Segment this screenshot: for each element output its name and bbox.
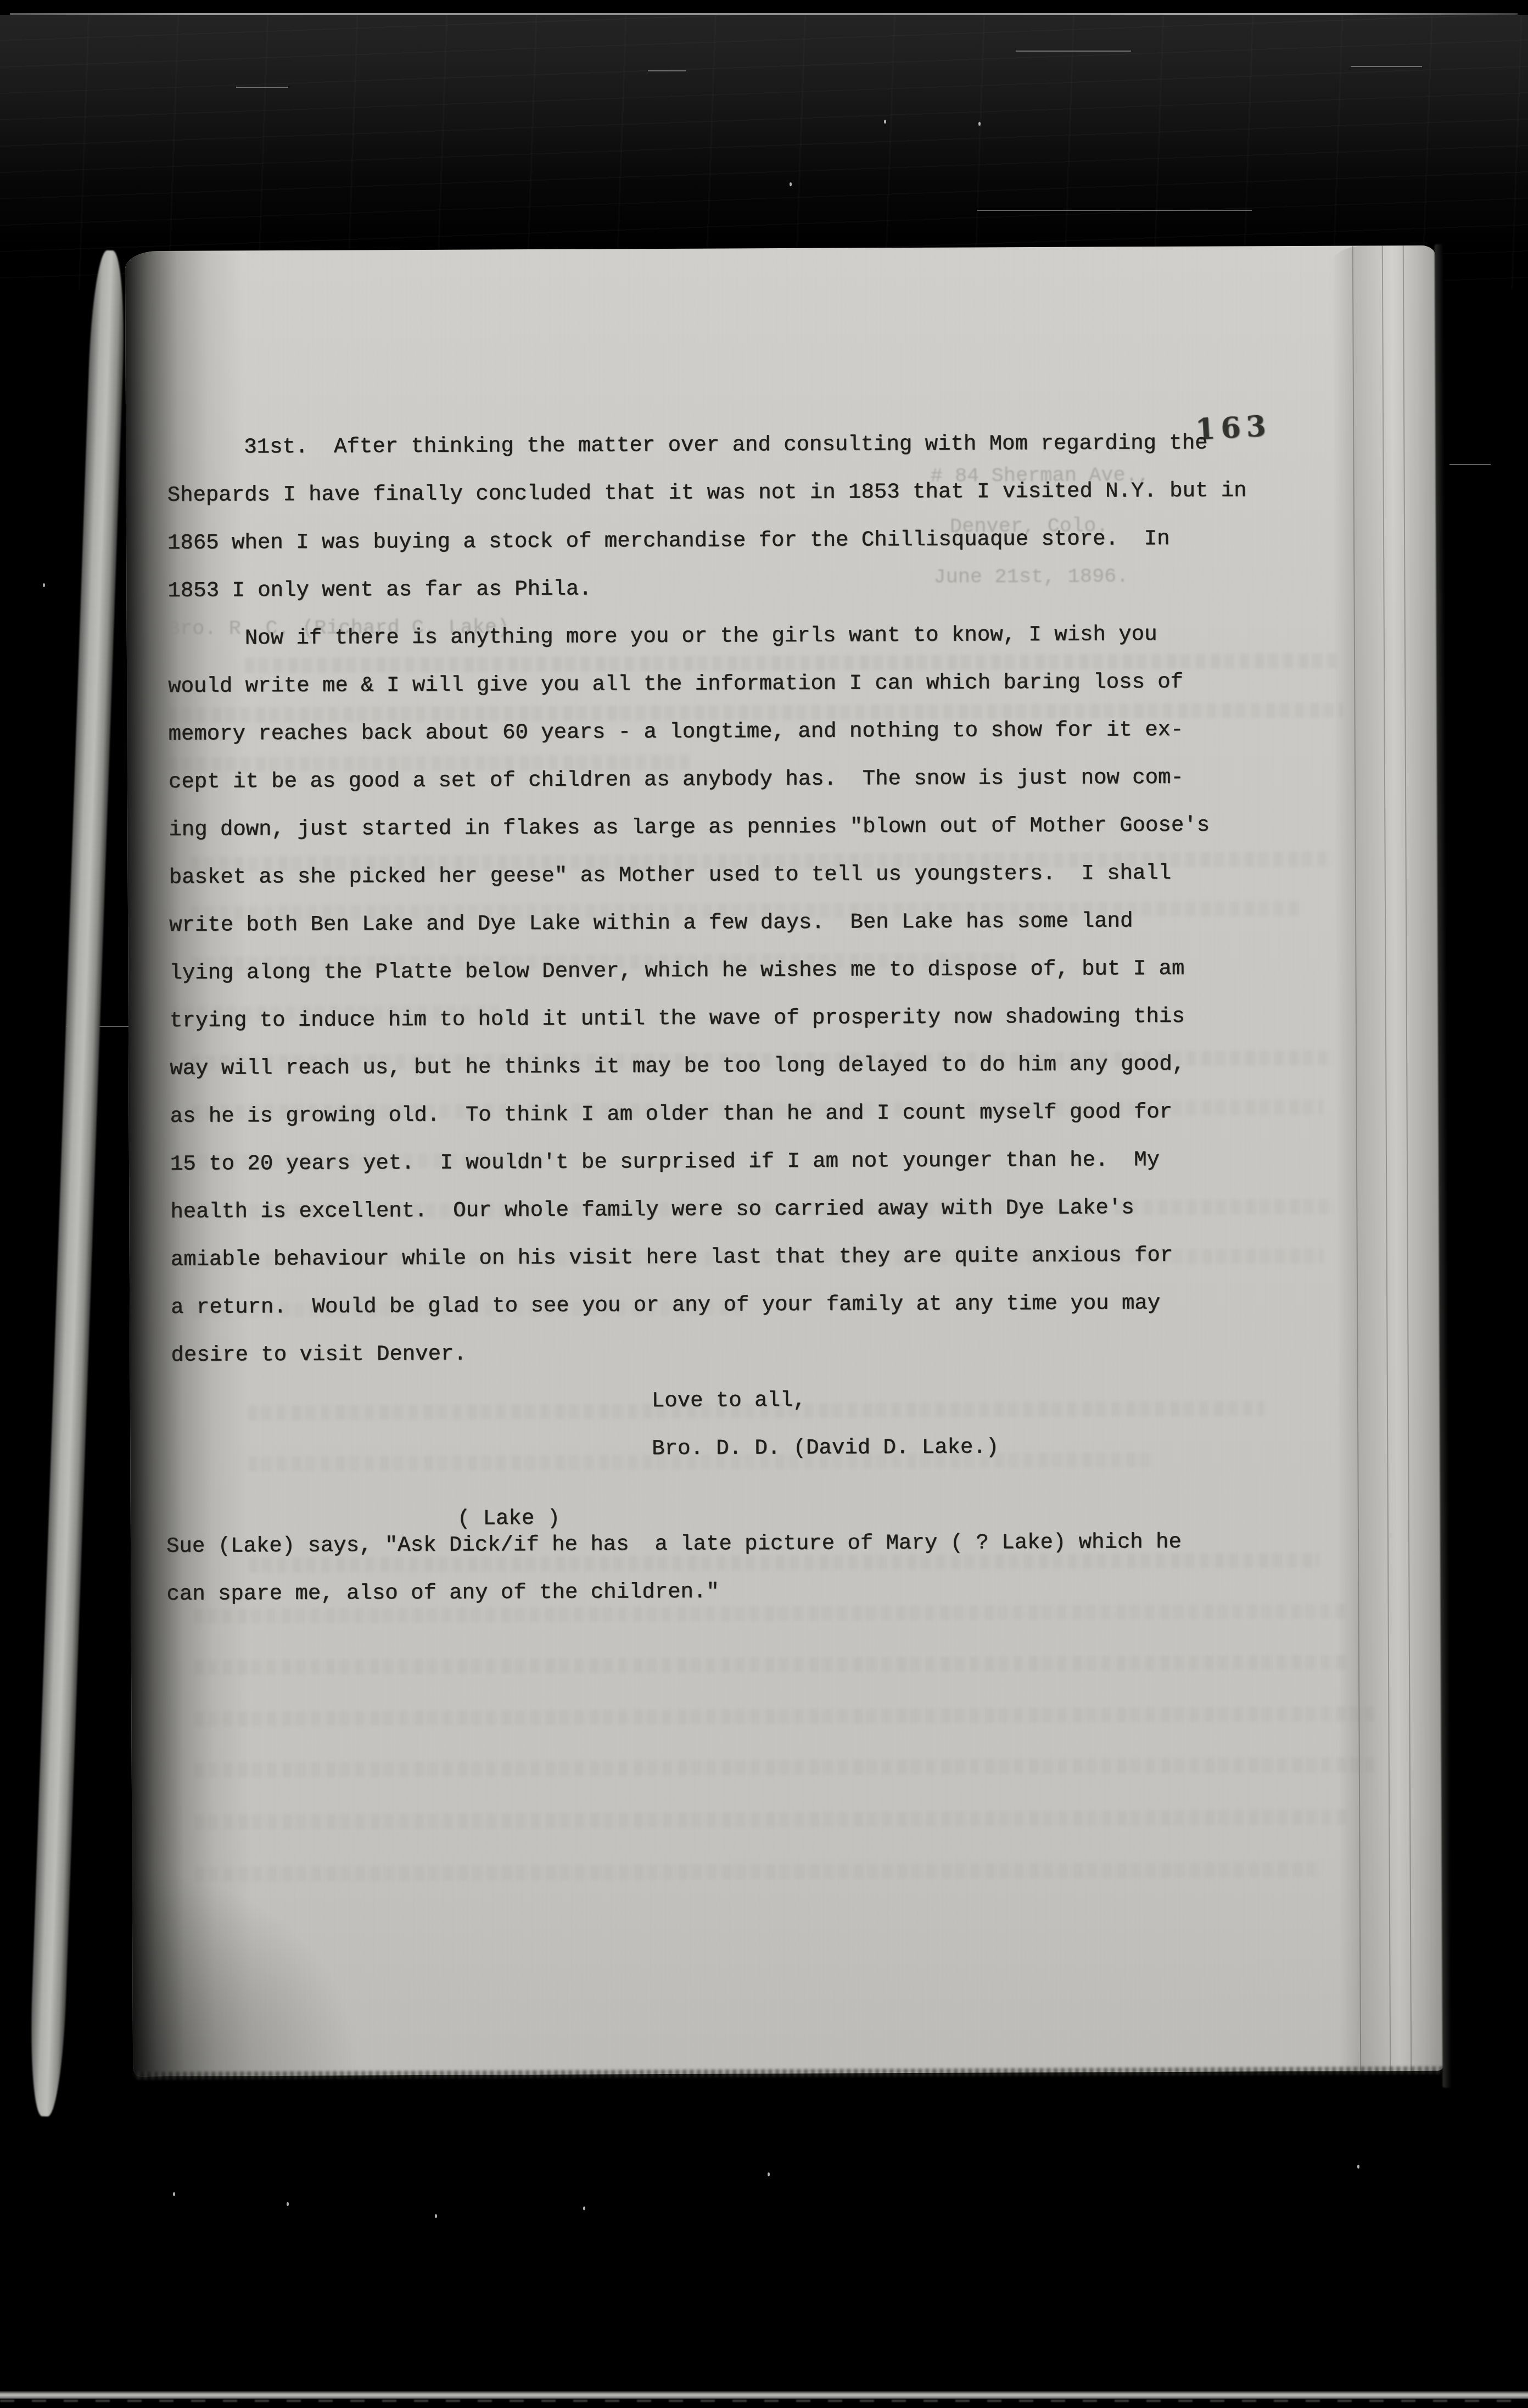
film-scratch-line [977,210,1252,211]
film-scratch-line [648,70,686,71]
typed-line: can spare me, also of any of the childre… [166,1579,719,1607]
typed-line: way will reach us, but he thinks it may … [170,1052,1185,1081]
film-scratch-line [1351,66,1422,67]
film-dust-speck [1357,2165,1359,2169]
typed-line: memory reaches back about 60 years - a l… [168,717,1183,747]
film-scratch-line [1449,464,1491,465]
typed-letter: 163 31st. After thinking the matter over… [125,245,1443,2076]
book-page: # 84 Sherman Ave.,Denver, Colo.June 21st… [125,245,1443,2076]
film-dust-speck [978,122,981,126]
typed-line: 1865 when I was buying a stock of mercha… [167,526,1170,556]
scanned-letter-photo: { "scene": { "background_color": "#00000… [0,0,1528,2408]
typed-line: 1853 I only went as far as Phila. [167,577,592,604]
typed-line: a return. Would be glad to see you or an… [171,1290,1160,1320]
typed-line: Love to all, [652,1388,806,1413]
film-frame-bottom-edge [0,2391,1528,2399]
film-scratch-line [236,87,288,88]
typed-line: write both Ben Lake and Dye Lake within … [169,908,1133,938]
typed-line: ( Lake ) [457,1506,560,1532]
typed-line: Bro. D. D. (David D. Lake.) [652,1434,999,1461]
typed-line: lying along the Platte below Denver, whi… [169,956,1184,986]
typed-line: cept it be as good a set of children as … [169,765,1184,795]
typed-line: ing down, just started in flakes as larg… [169,813,1210,842]
typed-line: Now if there is anything more you or the… [245,622,1157,651]
film-dust-speck [790,182,792,186]
typed-line: basket as she picked her geese" as Mothe… [169,861,1172,890]
typed-line: as he is growing old. To think I am olde… [170,1099,1173,1129]
film-dust-speck [884,120,886,124]
typed-line: Shepards I have finally concluded that i… [167,478,1247,508]
film-dust-speck [173,2192,175,2196]
typed-line: health is excellent. Our whole family we… [170,1195,1134,1225]
typed-line: trying to induce him to hold it until th… [170,1004,1185,1033]
typed-line: 31st. After thinking the matter over and… [244,431,1207,460]
typed-line: would write me & I will give you all the… [168,669,1183,699]
film-dust-speck [583,2206,585,2210]
film-dust-speck [435,2214,437,2218]
film-dust-speck [287,2202,289,2206]
film-dust-speck [768,2172,770,2176]
film-scratch-line [1016,51,1131,52]
page-stack-edge-left [28,250,127,2117]
typed-line: amiable behaviour while on his visit her… [171,1243,1173,1272]
typed-line: 15 to 20 years yet. I wouldn't be surpri… [170,1147,1160,1177]
typed-line: desire to visit Denver. [171,1342,466,1368]
typed-line: Sue (Lake) says, "Ask Dick/if he has a l… [166,1529,1182,1559]
film-dust-speck [43,583,45,587]
